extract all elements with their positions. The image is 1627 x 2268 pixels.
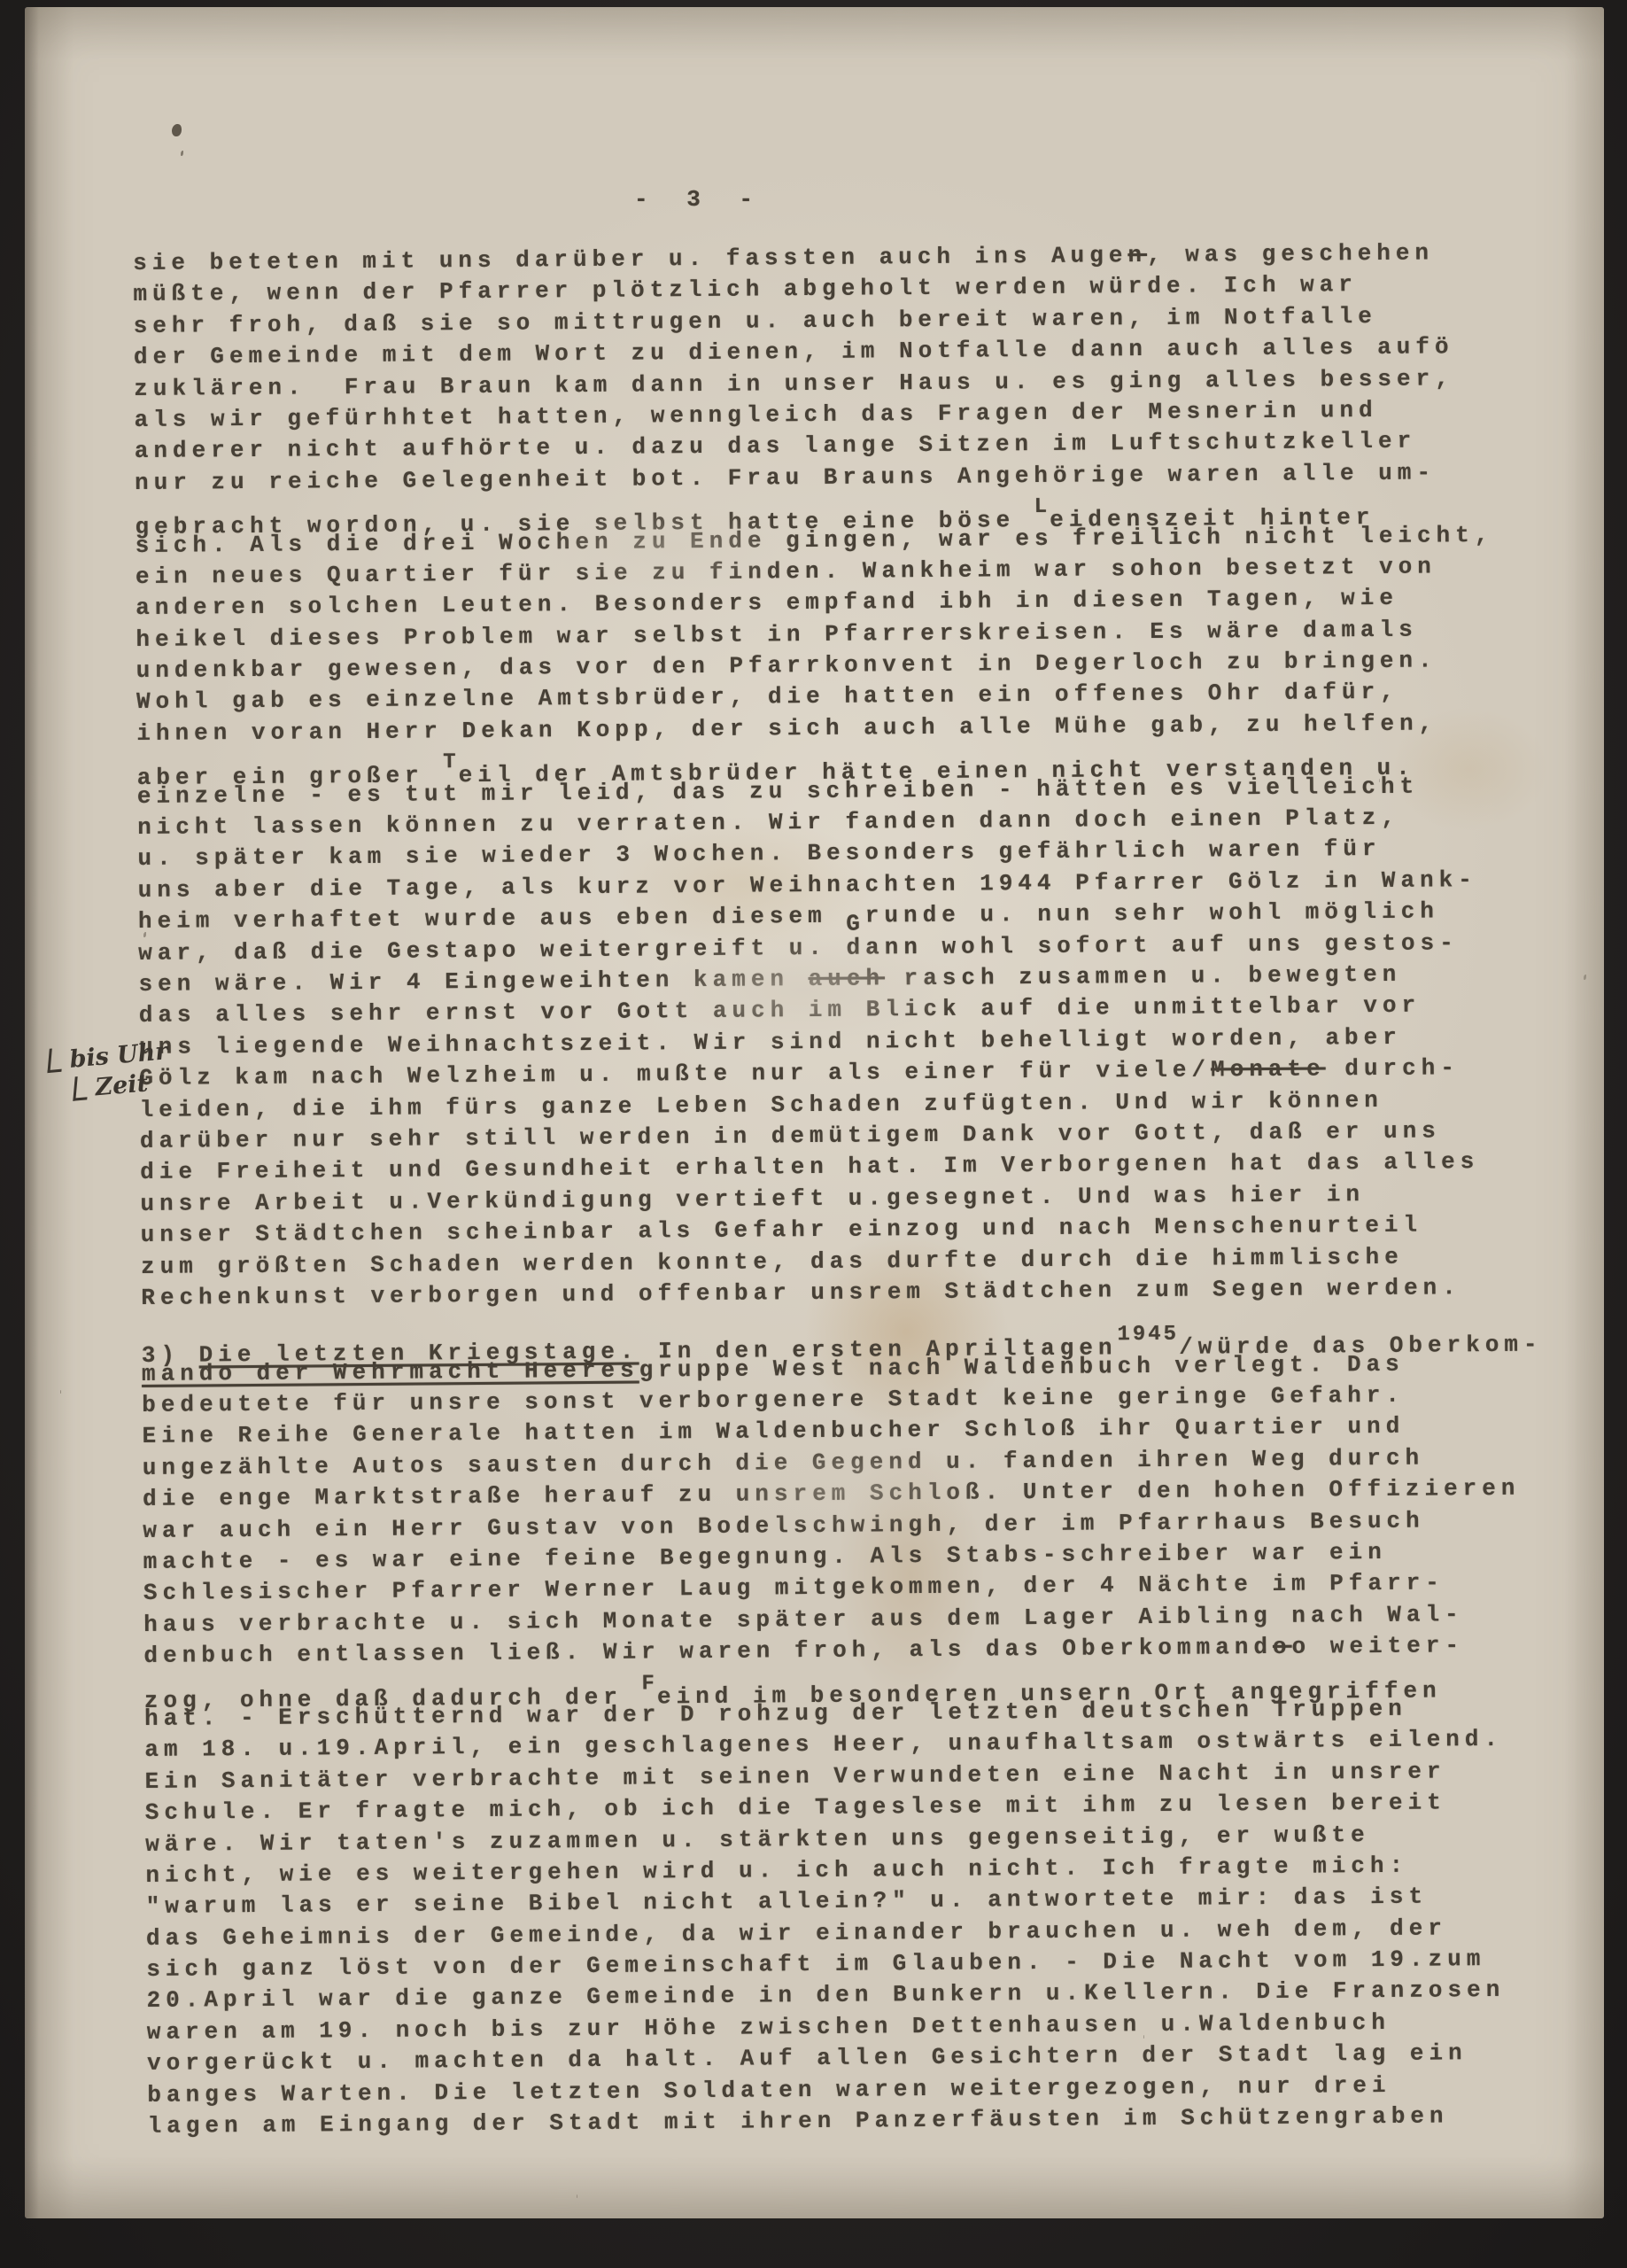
document-page: - 3 - sie beteten mit uns darüber u. fas…	[25, 7, 1604, 2218]
text-segment: Gölz kam nach Welzheim u. mußte nur als …	[139, 1057, 1211, 1092]
page-number: - 3 -	[634, 186, 765, 213]
paragraph: sie beteten mit uns darüber u. fassten a…	[133, 237, 1593, 1314]
text-segment: durch-	[1326, 1054, 1460, 1082]
handwritten-margin-note: bis Uhr Zeit	[47, 1037, 172, 1107]
text-segment: sen wäre. Wir 4 Eingeweihten kamen	[138, 966, 808, 998]
text-segment-strike: o	[1273, 1634, 1292, 1660]
text-segment-strike: auch	[808, 965, 885, 992]
text-segment-strike: n	[1127, 242, 1147, 268]
text-segment-strike: Monate	[1211, 1056, 1326, 1084]
text-segment-under: mando der Wehrmacht Heeres	[142, 1356, 639, 1386]
text-segment: runde u. nun sehr wohl möglich	[865, 898, 1439, 929]
text-segment: sie beteten mit uns darüber u. fassten a…	[133, 242, 1128, 276]
text-segment-sup: L	[1034, 492, 1050, 524]
margin-note-text: Zeit	[94, 1069, 149, 1101]
pen-stroke-icon	[73, 1076, 89, 1101]
text-segment-sup: F	[641, 1668, 657, 1700]
text-segment-sup: 1945	[1117, 1319, 1179, 1351]
paper-left-edge	[25, 7, 39, 2218]
paragraph: 3) Die letzten Kriegstage. In den ersten…	[142, 1316, 1600, 2142]
text-segment: o weiter-	[1291, 1632, 1464, 1660]
text-segment: , was geschehen	[1147, 239, 1434, 268]
text-segment: rasch zusammen u. bewegten	[885, 961, 1401, 992]
typewritten-text: sie beteten mit uns darüber u. fassten a…	[133, 237, 1600, 2142]
text-segment: heim verhaftet wurde aus eben diesem	[138, 903, 847, 935]
text-segment: denbuch entlassen ließ. Wir waren froh, …	[143, 1634, 1273, 1669]
pen-stroke-icon	[47, 1047, 63, 1073]
text-segment-sup: T	[443, 747, 459, 779]
text-segment: gruppe West nach Waldenbuch verlegt. Das	[639, 1350, 1405, 1383]
ink-speck	[172, 124, 182, 136]
